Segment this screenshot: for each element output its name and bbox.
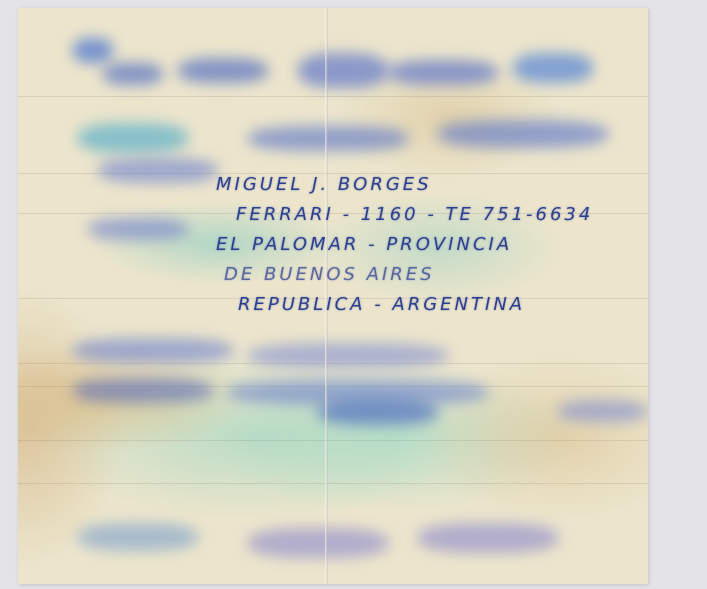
blurred-ink <box>438 120 608 148</box>
blurred-ink <box>513 53 593 83</box>
address-province: DE BUENOS AIRES <box>224 260 593 290</box>
blurred-ink <box>178 58 268 83</box>
blurred-ink <box>73 38 113 63</box>
blurred-ink <box>78 523 198 551</box>
blurred-ink <box>103 63 163 85</box>
address-country: REPUBLICA - ARGENTINA <box>238 290 593 320</box>
blurred-ink <box>558 400 648 422</box>
blurred-ink <box>73 338 233 363</box>
blurred-ink <box>298 53 388 88</box>
blurred-ink <box>248 343 448 368</box>
blurred-ink <box>248 126 408 151</box>
blurred-ink <box>73 378 213 403</box>
address-street-phone: FERRARI - 1160 - TE 751-6634 <box>236 200 593 230</box>
blurred-ink <box>318 400 438 425</box>
ruled-line <box>18 96 648 97</box>
blurred-ink <box>88 218 188 240</box>
blurred-ink <box>248 528 388 558</box>
address-locality: EL PALOMAR - PROVINCIA <box>216 230 593 260</box>
address-name: MIGUEL J. BORGES <box>216 170 593 200</box>
ruled-line <box>18 440 648 441</box>
blurred-ink <box>388 60 498 85</box>
handwritten-address: MIGUEL J. BORGES FERRARI - 1160 - TE 751… <box>198 170 593 320</box>
ruled-line <box>18 483 648 484</box>
blurred-ink <box>78 123 188 153</box>
blurred-ink <box>418 523 558 553</box>
